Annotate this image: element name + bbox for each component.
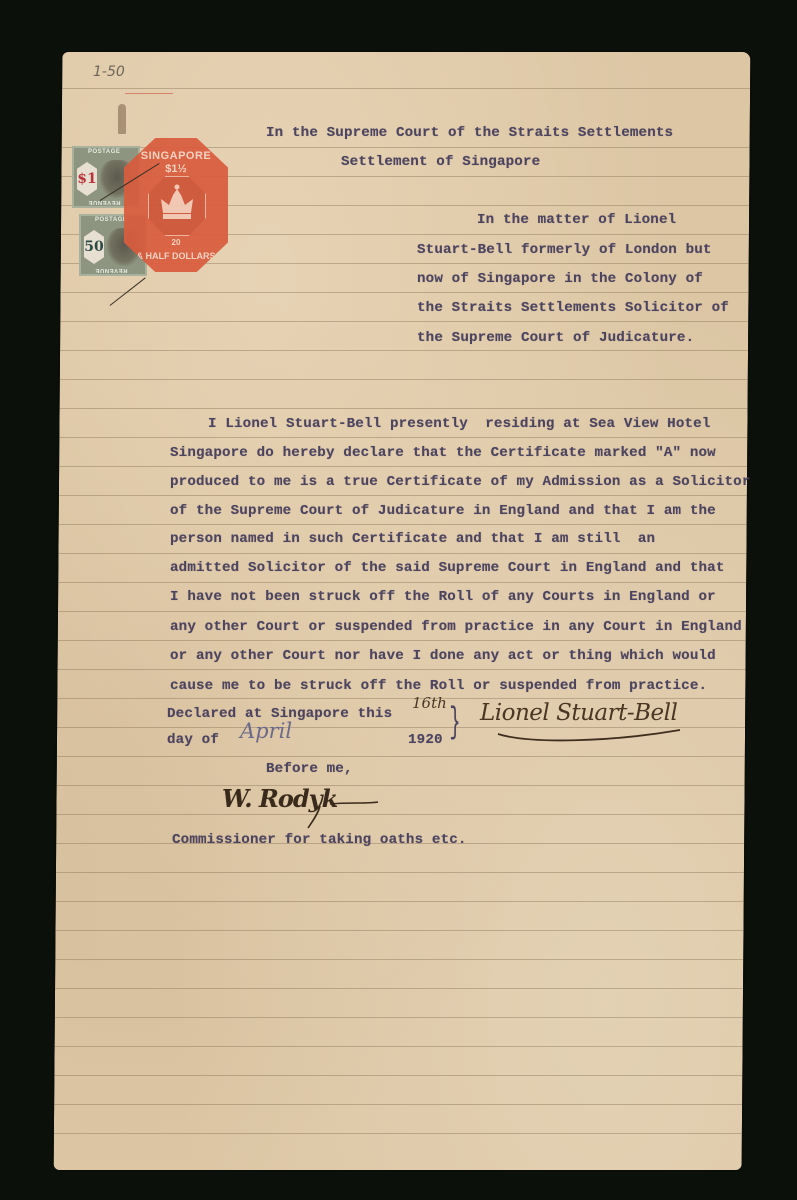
declaration-line: I have not been struck off the Roll of a…: [170, 589, 716, 605]
matter-line: Stuart-Bell formerly of London but: [417, 242, 712, 258]
declaration-line: I Lionel Stuart-Bell presently residing …: [208, 416, 711, 432]
declaration-line: produced to me is a true Certificate of …: [170, 474, 750, 490]
matter-line: now of Singapore in the Colony of: [417, 271, 703, 287]
red-underline: [125, 93, 173, 94]
signature-descender: [300, 800, 380, 830]
jurat-day-of: day of: [167, 732, 219, 748]
settlement-heading: Settlement of Singapore: [341, 154, 540, 170]
jurat-brace: }: [449, 701, 460, 745]
crown-icon: [149, 177, 205, 235]
declaration-line: cause me to be struck off the Roll or su…: [170, 678, 707, 694]
before-me: Before me,: [266, 761, 353, 777]
declaration-line: any other Court or suspended from practi…: [170, 619, 742, 635]
declaration-line: admitted Solicitor of the said Supreme C…: [170, 560, 725, 576]
pencil-note: 1-50: [93, 64, 125, 80]
commissioner-title: Commissioner for taking oaths etc.: [172, 832, 467, 848]
matter-line: the Supreme Court of Judicature.: [417, 330, 694, 346]
declaration-line: Singapore do hereby declare that the Cer…: [170, 445, 716, 461]
declaration-line: person named in such Certificate and tha…: [170, 531, 655, 547]
signature-flourish: [490, 722, 690, 746]
court-heading: In the Supreme Court of the Straits Sett…: [266, 125, 673, 141]
declaration-line: of the Supreme Court of Judicature in En…: [170, 503, 716, 519]
declaration-line: or any other Court nor have I done any a…: [170, 648, 716, 664]
matter-line: In the matter of Lionel: [477, 212, 676, 228]
handwritten-month: April: [240, 719, 292, 743]
jurat-year: 1920: [408, 732, 443, 748]
crown-panel: [148, 176, 206, 236]
matter-line: the Straits Settlements Solicitor of: [417, 300, 729, 316]
handwritten-day: 16th: [412, 694, 447, 712]
stain-mark: [118, 104, 126, 134]
embossed-revenue-stamp: SINGAPORE $1½ 20 & HALF DOLLARS: [124, 138, 228, 272]
